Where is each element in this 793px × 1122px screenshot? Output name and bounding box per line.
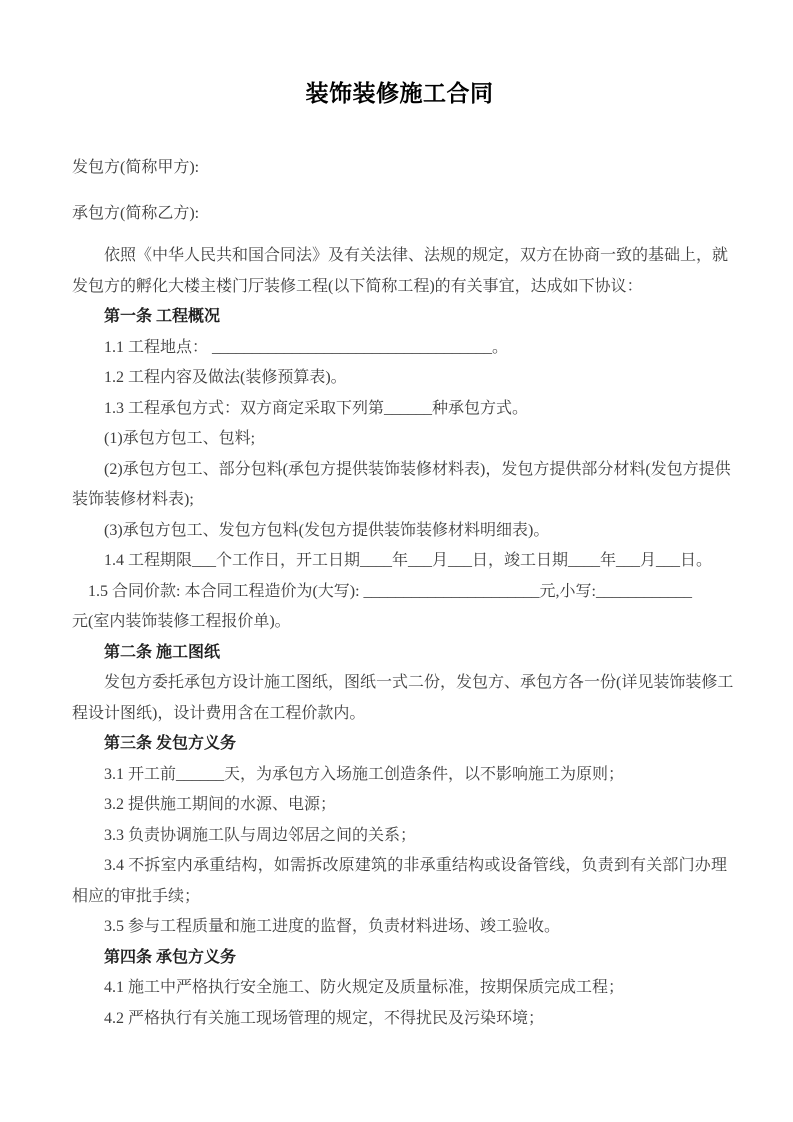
paragraph-line: 依照《中华人民共和国合同法》及有关法律、法规的规定，双方在协商一致的基础上，就 — [72, 241, 727, 272]
paragraph-line: 4.2 严格执行有关施工现场管理的规定，不得扰民及污染环境； — [72, 1004, 727, 1035]
party-a-label: 发包方(简称甲方): — [72, 158, 727, 177]
paragraph-line: 1.3 工程承包方式：双方商定采取下列第______种承包方式。 — [72, 394, 727, 425]
paragraph-line: 1.5 合同价款: 本合同工程造价为(大写): ________________… — [72, 577, 727, 608]
paragraph-line: (3)承包方包工、发包方包料(发包方提供装饰装修材料明细表)。 — [72, 516, 727, 547]
paragraph-line: 1.4 工程期限___个工作日，开工日期____年___月___日，竣工日期__… — [72, 546, 727, 577]
contract-body: 依照《中华人民共和国合同法》及有关法律、法规的规定，双方在协商一致的基础上，就发… — [72, 241, 727, 1034]
paragraph-line: 3.4 不拆室内承重结构，如需拆改原建筑的非承重结构或设备管线，负责到有关部门办… — [72, 851, 727, 882]
paragraph-line: 3.1 开工前______天，为承包方入场施工创造条件，以不影响施工为原则； — [72, 760, 727, 791]
contract-page: 装饰装修施工合同 发包方(简称甲方): 承包方(简称乙方): 依照《中华人民共和… — [0, 0, 793, 1122]
paragraph-line: 4.1 施工中严格执行安全施工、防火规定及质量标准，按期保质完成工程； — [72, 973, 727, 1004]
party-b-label: 承包方(简称乙方): — [72, 204, 727, 223]
paragraph-line: 装饰装修材料表); — [72, 485, 727, 516]
paragraph-line: 3.3 负责协调施工队与周边邻居之间的关系； — [72, 821, 727, 852]
paragraph-line: 发包方的孵化大楼主楼门厅装修工程(以下简称工程)的有关事宜，达成如下协议： — [72, 272, 727, 303]
paragraph-line: 第三条 发包方义务 — [72, 729, 727, 760]
paragraph-line: 第一条 工程概况 — [72, 302, 727, 333]
paragraph-line: 相应的审批手续； — [72, 882, 727, 913]
paragraph-line: 程设计图纸)，设计费用含在工程价款内。 — [72, 699, 727, 730]
paragraph-line: 1.1 工程地点： ______________________________… — [72, 333, 727, 364]
paragraph-line: 发包方委托承包方设计施工图纸，图纸一式二份，发包方、承包方各一份(详见装饰装修工 — [72, 668, 727, 699]
paragraph-line: (2)承包方包工、部分包料(承包方提供装饰装修材料表)，发包方提供部分材料(发包… — [72, 455, 727, 486]
paragraph-line: 元(室内装饰装修工程报价单)。 — [72, 607, 727, 638]
paragraph-line: (1)承包方包工、包料; — [72, 424, 727, 455]
paragraph-line: 第二条 施工图纸 — [72, 638, 727, 669]
contract-title: 装饰装修施工合同 — [72, 80, 727, 108]
paragraph-line: 3.5 参与工程质量和施工进度的监督，负责材料进场、竣工验收。 — [72, 912, 727, 943]
paragraph-line: 3.2 提供施工期间的水源、电源； — [72, 790, 727, 821]
paragraph-line: 第四条 承包方义务 — [72, 943, 727, 974]
paragraph-line: 1.2 工程内容及做法(装修预算表)。 — [72, 363, 727, 394]
